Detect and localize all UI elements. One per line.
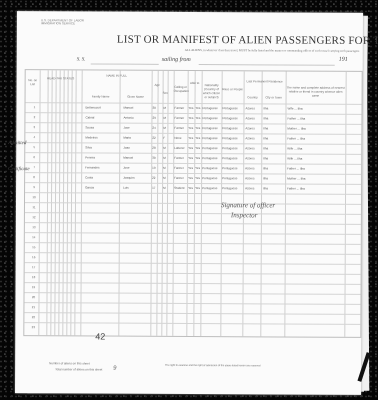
row-number: 4 bbox=[28, 135, 40, 139]
col-header-number: No. on List bbox=[26, 78, 40, 86]
read: Yes bbox=[188, 156, 193, 160]
sex: M bbox=[163, 186, 166, 190]
margin-note: Admitted bbox=[8, 141, 26, 146]
sex: M bbox=[163, 126, 166, 130]
given-name: Jose bbox=[123, 126, 129, 130]
family-name: Bettencourt bbox=[85, 105, 100, 109]
col-header-headtax: HEAD-TAX STATUS bbox=[40, 76, 82, 80]
country: Azores bbox=[245, 156, 254, 160]
col-header-occupation: Calling or Occupation bbox=[174, 85, 188, 93]
nationality: Portuguese bbox=[202, 116, 217, 120]
city: Ilha bbox=[263, 176, 268, 180]
age: 30 bbox=[152, 156, 155, 160]
relative: Father ... Ilha bbox=[287, 117, 305, 121]
page-subtitle: ALL ALIENS, in whatever class they trave… bbox=[185, 48, 360, 53]
read: Yes bbox=[188, 186, 193, 190]
row-number: 8 bbox=[28, 175, 40, 179]
nationality: Portuguese bbox=[202, 106, 217, 110]
col-header-residence: Last Permanent Residence bbox=[244, 79, 286, 83]
family-name: Fernandes bbox=[85, 165, 99, 169]
age: 24 bbox=[152, 126, 155, 130]
write: Yes bbox=[195, 156, 200, 160]
age: 19 bbox=[152, 166, 155, 170]
col-header-relative: The name and complete address of nearest… bbox=[286, 86, 346, 98]
country: Azores bbox=[245, 116, 254, 120]
occupation: Farmer bbox=[174, 176, 184, 180]
row-number: 2 bbox=[28, 115, 40, 119]
given-name: Antonio bbox=[123, 116, 133, 120]
given-name: Jose bbox=[123, 166, 129, 170]
stamp-line: IMMIGRATION SERVICE bbox=[41, 22, 84, 25]
race: Portuguese bbox=[222, 106, 237, 110]
col-header-sex: Sex bbox=[163, 91, 168, 95]
read: Yes bbox=[188, 126, 193, 130]
write: Yes bbox=[195, 146, 200, 150]
age: 29 bbox=[152, 116, 155, 120]
alien-count: 9 bbox=[113, 366, 116, 372]
row-number: 17 bbox=[28, 265, 40, 269]
port-line bbox=[199, 64, 335, 66]
row-number: 18 bbox=[28, 275, 40, 279]
col-header-family-name: Family Name bbox=[82, 94, 120, 98]
race: Portuguese bbox=[222, 136, 237, 140]
relative: Father ... Ilha bbox=[287, 137, 305, 141]
city: Ilha bbox=[263, 136, 268, 140]
row-number: 22 bbox=[27, 315, 39, 319]
row-number: 21 bbox=[27, 305, 39, 309]
country: Azores bbox=[245, 146, 254, 150]
race: Portuguese bbox=[222, 126, 237, 130]
col-header-city: City or Town bbox=[262, 95, 286, 99]
city: Ilha bbox=[263, 106, 268, 110]
row-number: 16 bbox=[28, 255, 40, 259]
nationality: Portuguese bbox=[202, 126, 217, 130]
sex: F bbox=[163, 136, 165, 140]
nationality: Portuguese bbox=[202, 176, 217, 180]
city: Ilha bbox=[263, 186, 268, 190]
occupation: Farmer bbox=[174, 166, 184, 170]
family-name: Cabral bbox=[85, 115, 94, 119]
row-number: 23 bbox=[27, 325, 39, 329]
col-header-nationality: Nationality (Country of which citizen or… bbox=[202, 83, 222, 99]
read: Yes bbox=[188, 166, 193, 170]
write: Yes bbox=[195, 186, 200, 190]
read: Yes bbox=[188, 136, 193, 140]
city: Ilha bbox=[263, 166, 268, 170]
occupation: Farmer bbox=[174, 156, 184, 160]
write: Yes bbox=[195, 176, 200, 180]
footer-line: Total number of aliens on this sheet bbox=[55, 367, 102, 371]
nationality: Portuguese bbox=[202, 146, 217, 150]
margin-note: Certificate bbox=[8, 167, 29, 172]
sex: M bbox=[163, 146, 166, 150]
manifest-table: No. on List HEAD-TAX STATUS NAME IN FULL… bbox=[23, 69, 362, 338]
row-number: 20 bbox=[27, 295, 39, 299]
family-name: Medeiros bbox=[85, 135, 97, 139]
col-header-given-name: Given Name bbox=[120, 95, 152, 99]
given-name: Joaquim bbox=[123, 176, 134, 180]
city: Ilha bbox=[263, 126, 268, 130]
year-label: 191 bbox=[339, 57, 348, 63]
family-name: Costa bbox=[85, 175, 93, 179]
row-number: 1 bbox=[28, 105, 40, 109]
age: 22 bbox=[152, 176, 155, 180]
given-name: Manuel bbox=[123, 106, 133, 110]
nationality: Portuguese bbox=[202, 166, 217, 170]
department-stamp: U.S. DEPARTMENT OF LABOR IMMIGRATION SER… bbox=[41, 19, 84, 25]
row-number: 12 bbox=[28, 215, 40, 219]
given-name: Joao bbox=[123, 146, 130, 150]
family-name: Garcia bbox=[85, 185, 94, 189]
occupation: Student bbox=[174, 186, 184, 190]
race: Portuguese bbox=[222, 146, 237, 150]
read: Yes bbox=[188, 146, 193, 150]
occupation: Farmer bbox=[174, 116, 184, 120]
relative: Mother ... Ilha bbox=[287, 127, 305, 131]
read: Yes bbox=[188, 176, 193, 180]
write: Yes bbox=[195, 166, 200, 170]
country: Azores bbox=[245, 166, 254, 170]
city: Ilha bbox=[263, 116, 268, 120]
row-number: 14 bbox=[28, 235, 40, 239]
country: Azores bbox=[245, 106, 254, 110]
age: 30 bbox=[152, 106, 155, 110]
nationality: Portuguese bbox=[202, 186, 217, 190]
country: Azores bbox=[245, 176, 254, 180]
page-title: LIST OR MANIFEST OF ALIEN PASSENGERS FOR… bbox=[117, 34, 378, 48]
footer-note: The right to examine and the right of ad… bbox=[165, 364, 260, 367]
country: Azores bbox=[245, 136, 254, 140]
manifest-page: U.S. DEPARTMENT OF LABOR IMMIGRATION SER… bbox=[15, 11, 363, 395]
sailing-from-label: sailing from bbox=[162, 57, 191, 63]
city: Ilha bbox=[263, 146, 268, 150]
write: Yes bbox=[195, 116, 200, 120]
sex: M bbox=[163, 166, 166, 170]
col-header-race: Race or People bbox=[222, 87, 244, 91]
write: Yes bbox=[195, 126, 200, 130]
row-number: 6 bbox=[28, 155, 40, 159]
occupation: Farmer bbox=[174, 106, 184, 110]
relative: Wife ... Ilha bbox=[287, 107, 302, 111]
row-number: 7 bbox=[28, 165, 40, 169]
page-number: 42 bbox=[95, 332, 105, 342]
family-name: Silva bbox=[85, 145, 92, 149]
ship-label: S. S. bbox=[77, 57, 86, 62]
col-header-age: Age bbox=[152, 83, 163, 87]
row-number: 3 bbox=[28, 125, 40, 129]
row-number: 19 bbox=[28, 285, 40, 289]
row-number: 11 bbox=[28, 205, 40, 209]
inspector-signature: Signature of officer bbox=[221, 201, 275, 209]
read: Yes bbox=[188, 116, 193, 120]
city: Ilha bbox=[263, 156, 268, 160]
sex: M bbox=[163, 176, 166, 180]
row-number: 9 bbox=[28, 185, 40, 189]
sex: M bbox=[163, 116, 166, 120]
nationality: Portuguese bbox=[202, 136, 217, 140]
family-name: Sousa bbox=[85, 125, 94, 129]
age: 22 bbox=[152, 136, 155, 140]
age: 17 bbox=[152, 186, 155, 190]
age: 28 bbox=[152, 146, 155, 150]
relative: Father ... Ilha bbox=[287, 187, 305, 191]
family-name: Pereira bbox=[85, 155, 95, 159]
read: Yes bbox=[188, 106, 193, 110]
country: Azores bbox=[245, 186, 254, 190]
sex: M bbox=[163, 156, 166, 160]
race: Portuguese bbox=[222, 116, 237, 120]
occupation: None bbox=[174, 136, 181, 140]
relative: Wife ... Ilha bbox=[287, 147, 302, 151]
ship-name-line bbox=[91, 63, 159, 64]
given-name: Manuel bbox=[123, 156, 133, 160]
col-header-country: Country bbox=[244, 95, 262, 99]
relative: Mother ... Ilha bbox=[287, 177, 305, 181]
country: Azores bbox=[245, 126, 254, 130]
relative: Father ... Ilha bbox=[287, 167, 305, 171]
sex: M bbox=[163, 106, 166, 110]
row-number: 13 bbox=[28, 225, 40, 229]
footer-line: Number of aliens on this sheet bbox=[49, 361, 90, 365]
given-name: Luis bbox=[123, 186, 129, 190]
given-name: Maria bbox=[123, 136, 131, 140]
write: Yes bbox=[195, 106, 200, 110]
inspector-title: Inspector bbox=[231, 211, 257, 219]
race: Portuguese bbox=[222, 176, 237, 180]
write: Yes bbox=[195, 136, 200, 140]
col-header-able-to: Able to bbox=[188, 81, 202, 85]
occupation: Laborer bbox=[174, 146, 184, 150]
race: Portuguese bbox=[222, 166, 237, 170]
row-number: 15 bbox=[28, 245, 40, 249]
race: Portuguese bbox=[222, 186, 237, 190]
row-number: 5 bbox=[28, 145, 40, 149]
nationality: Portuguese bbox=[202, 156, 217, 160]
col-header-name: NAME IN FULL bbox=[82, 73, 152, 77]
relative: Wife ... Ilha bbox=[287, 157, 302, 161]
race: Portuguese bbox=[222, 156, 237, 160]
row-number: 10 bbox=[28, 195, 40, 199]
occupation: Farmer bbox=[174, 126, 184, 130]
